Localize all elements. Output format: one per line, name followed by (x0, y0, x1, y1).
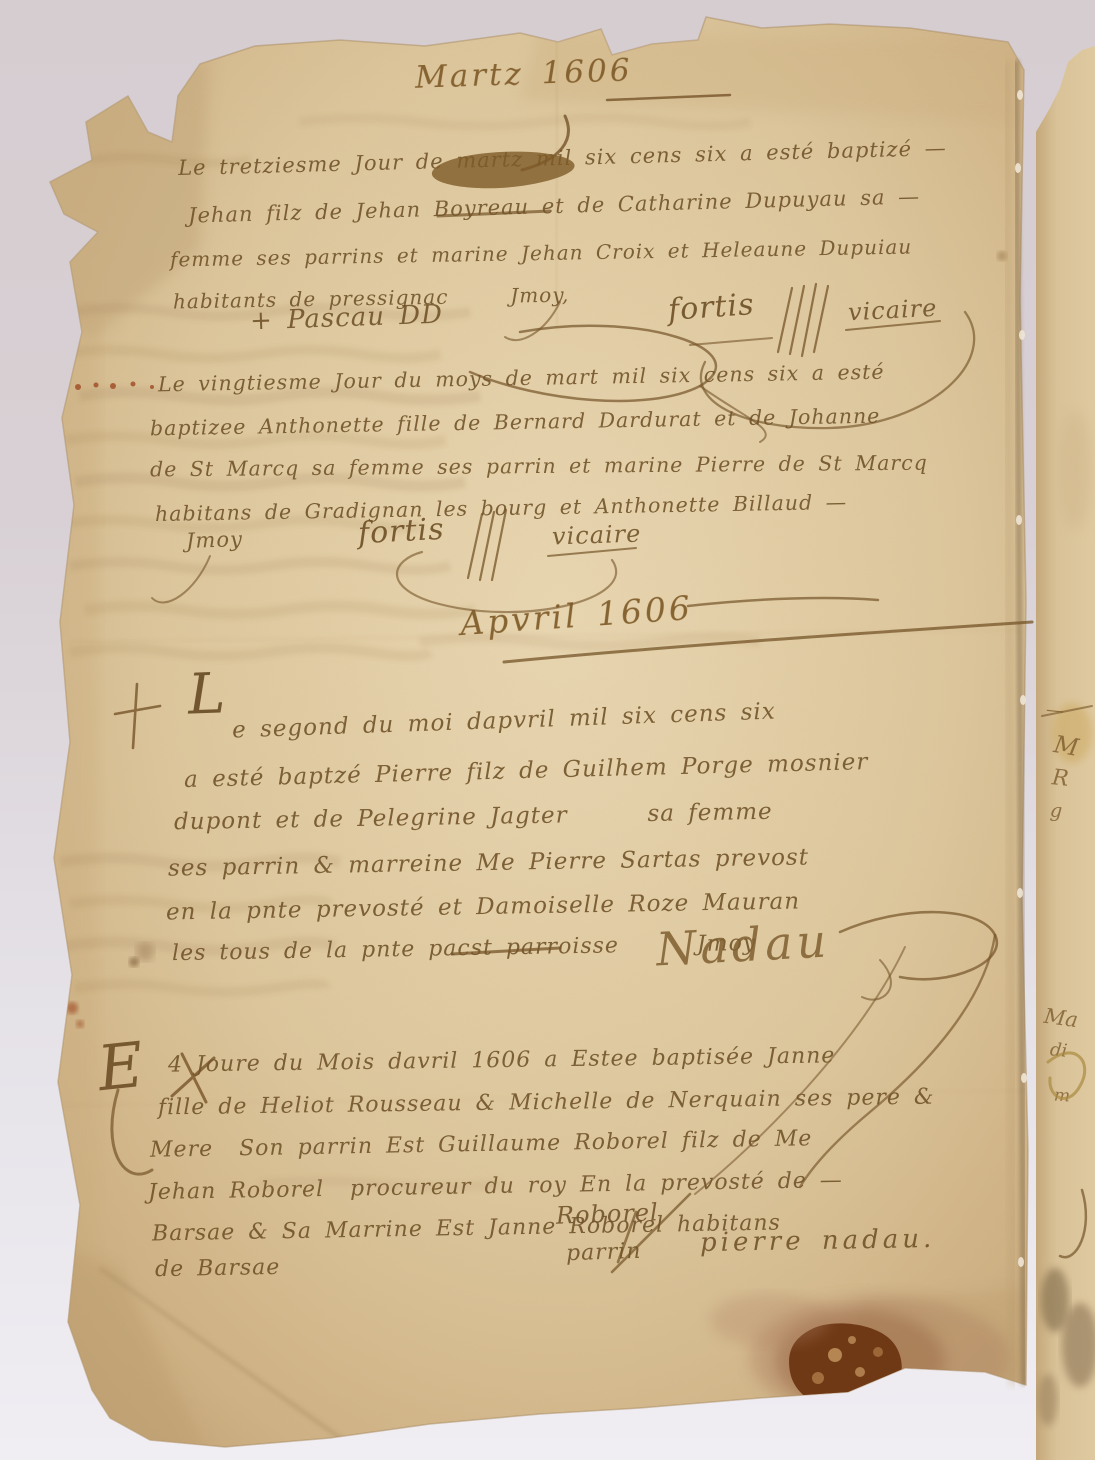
entry-line: fille de Heliot Rousseau & Michelle de N… (158, 1085, 935, 1121)
entry-line: e segond du moi dapvril mil six cens six (232, 699, 776, 744)
entry-line: de St Marcq sa femme ses parrin et marin… (150, 451, 928, 482)
entry-line: Jehan Roborel procureur du roy En la pre… (148, 1168, 843, 1205)
entry-line: Jehan filz de Jehan Boyreau et de Cathar… (188, 184, 921, 227)
ink-bleedthrough (60, 118, 760, 1187)
entry-line: de Barsae (155, 1255, 281, 1282)
entry-line: 4 Joure du Mois davril 1606 a Estee bapt… (168, 1043, 836, 1077)
signature-title-vicaire: vicaire (552, 519, 642, 550)
signature-nadau: Nadau (655, 913, 832, 976)
entry-line: dupont et de Pelegrine Jagter sa femme (174, 799, 773, 835)
fragment: M (1052, 730, 1081, 762)
entry-line: Mere Son parrin Est Guillaume Roborel fi… (150, 1126, 813, 1163)
binding-seam (1006, 60, 1027, 1385)
signature-roborel: Roborel (556, 1198, 660, 1230)
signature-pascau: + Pascau DD (250, 300, 444, 337)
attestation-jmoy: Jmoy (186, 527, 244, 553)
margin-cross-icon (115, 684, 160, 748)
entry-line: Le vingtiesme Jour du moys de mart mil s… (158, 360, 885, 397)
signature-pierre-nadau: pierre nadau. (700, 1224, 936, 1258)
fragment: di (1049, 1039, 1068, 1062)
signature-fortis: fortis (667, 287, 756, 328)
fragment: m (1053, 1085, 1070, 1106)
entry-line: Barsae & Sa Marrine Est Janne Roborel ha… (152, 1211, 781, 1247)
fragment: R (1051, 765, 1070, 792)
signature-title-vicaire: vicaire (847, 294, 938, 327)
entry-line: a esté baptzé Pierre filz de Guilhem Por… (184, 749, 869, 793)
margin-dots (75, 382, 154, 391)
entry-initial: E (94, 1028, 148, 1105)
fragment: g (1049, 800, 1063, 823)
month-header-april: Apvril 1606 (459, 588, 694, 643)
fragment: Ma (1042, 1004, 1079, 1033)
entry-line: Le tretziesme Jour de martz mil six cens… (178, 136, 947, 180)
month-header-march: Martz 1606 (414, 52, 633, 96)
entry-initial: L (187, 661, 227, 727)
burn-stain (710, 1294, 1010, 1420)
entry-line: ses parrin & marreine Me Pierre Sartas p… (168, 844, 809, 881)
entry-line: habitans de Gradignan les bourg et Antho… (155, 490, 848, 526)
fragment: — (1045, 699, 1065, 722)
signature-fortis: fortis (357, 512, 445, 551)
entry-line: femme ses parrins et marine Jehan Croix … (170, 235, 913, 272)
entry-line: baptizee Anthonette fille de Bernard Dar… (150, 404, 881, 441)
signature-role-parrin: parrin (566, 1239, 642, 1267)
manuscript-photo: Martz 1606 Le tretziesme Jour de martz m… (0, 0, 1095, 1460)
